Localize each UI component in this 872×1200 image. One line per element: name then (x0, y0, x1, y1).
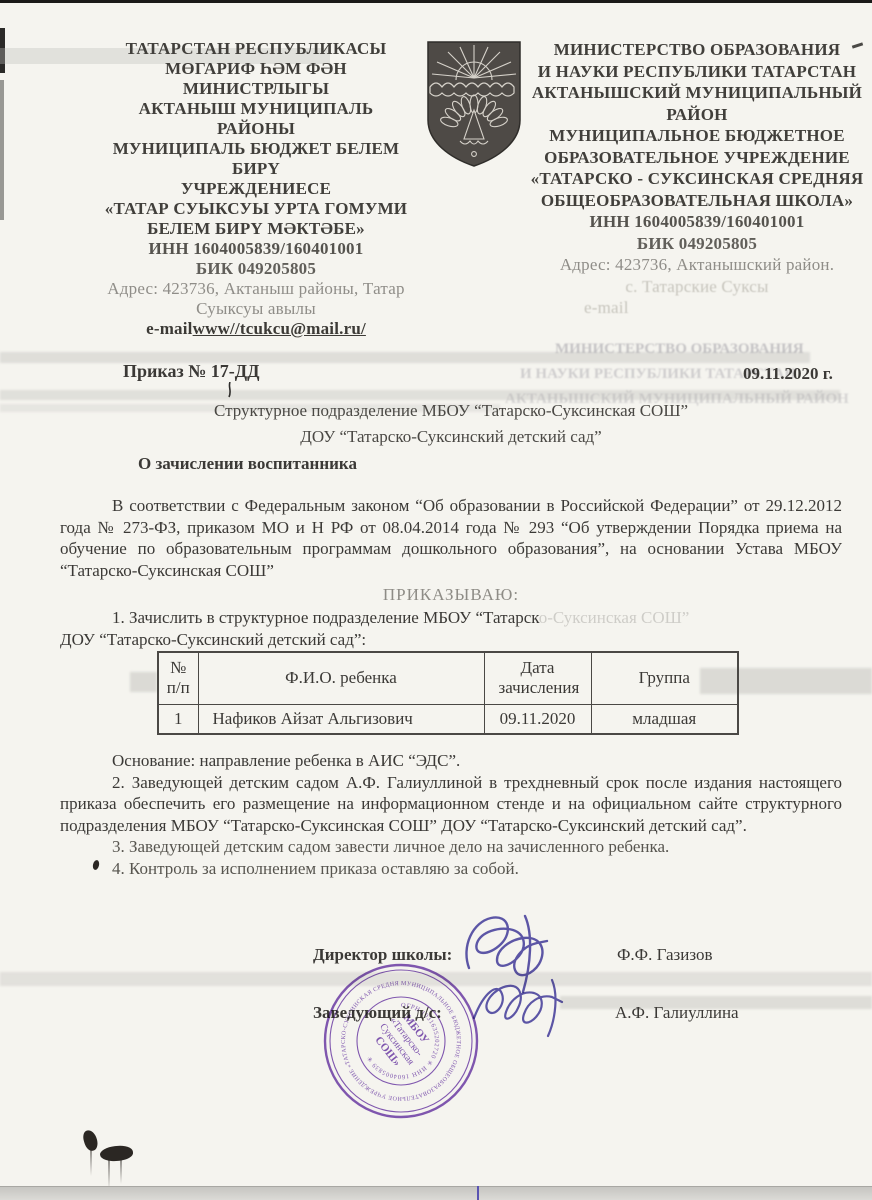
header-right-inn: ИНН 1604005839/160401001 (524, 211, 870, 233)
header-left-line: «ТАТАР СУЫКСУЫ УРТА ГОМУМИ (70, 199, 442, 219)
item-2-paragraph: 2. Заведующей детским садом А.Ф. Галиулл… (60, 772, 842, 837)
scan-bottom-blue-tick (477, 1186, 479, 1200)
header-left-line: УЧРЕЖДЕНИЕСЕ (70, 179, 442, 199)
header-left-inn: ИНН 1604005839/160401001 (70, 239, 442, 259)
head-signature (468, 970, 588, 1045)
basis-paragraph: Основание: направление ребенка в АИС “ЭД… (60, 750, 842, 772)
item-1-line-1: 1. Зачислить в структурное подразделение… (60, 607, 860, 629)
resolve-word: ПРИКАЗЫВАЮ: (60, 585, 842, 605)
col-header-group: Группа (591, 652, 738, 704)
scan-left-mark (0, 28, 5, 73)
item-1-line-2: ДОУ “Татарско-Суксинский детский сад”: (60, 629, 842, 651)
ink-drip-mark (226, 382, 234, 398)
ink-drip (90, 1150, 92, 1176)
header-right-address-3: e-mail (524, 297, 870, 319)
col-header-child-name: Ф.И.О. ребенка (198, 652, 484, 704)
header-right-line: АКТАНЫШСКИЙ МУНИЦИПАЛЬНЫЙ (524, 82, 870, 104)
cell-child-name: Нафиков Айзат Альгизович (198, 704, 484, 734)
cell-number: 1 (158, 704, 198, 734)
ink-drip (120, 1160, 122, 1184)
after-table-block: Основание: направление ребенка в АИС “ЭД… (60, 750, 842, 880)
header-left-line: МӨГАРИФ ҺӘМ ФӘН (70, 59, 442, 79)
aktanysh-coat-of-arms-icon (424, 38, 524, 170)
order-number: Приказ № 17-ДД (123, 361, 260, 382)
header-left-line: МУНИЦИПАЛЬ БЮДЖЕТ БЕЛЕМ (70, 139, 442, 159)
head-name: А.Ф. Галиуллина (615, 1003, 739, 1023)
ink-drip (108, 1160, 110, 1190)
header-left-address-1: Адрес: 423736, Актаныш районы, Татар (70, 279, 442, 299)
header-left-line: БИРҮ (70, 159, 442, 179)
subtitle-line-1: Структурное подразделение МБОУ “Татарско… (60, 401, 842, 421)
scan-bottom-edge (0, 1186, 872, 1200)
item-4-paragraph: 4. Контроль за исполнением приказа остав… (60, 858, 842, 880)
scan-top-edge (0, 0, 872, 3)
header-left-line: ТАТАРСТАН РЕСПУБЛИКАСЫ (70, 39, 442, 59)
header-left-line: АКТАНЫШ МУНИЦИПАЛЬ (70, 99, 442, 119)
header-left-line: РАЙОНЫ (70, 119, 442, 139)
header-left-address-2: Суыксуы авылы (70, 299, 442, 319)
ink-blot-small (81, 1129, 99, 1153)
table-row: 1 Нафиков Айзат Альгизович 09.11.2020 мл… (158, 704, 738, 734)
header-right-line: МУНИЦИПАЛЬНОЕ БЮДЖЕТНОЕ (524, 125, 870, 147)
header-right-block: МИНИСТЕРСТВО ОБРАЗОВАНИЯ И НАУКИ РЕСПУБЛ… (524, 39, 870, 319)
col-header-number: № п/п (158, 652, 198, 704)
header-left-line: МИНИСТРЛЫГЫ (70, 79, 442, 99)
email-prefix: e-mail (146, 319, 193, 338)
header-right-line: «ТАТАРСКО - СУКСИНСКАЯ СРЕДНЯЯ (524, 168, 870, 190)
header-left-block: ТАТАРСТАН РЕСПУБЛИКАСЫ МӨГАРИФ ҺӘМ ФӘН М… (70, 39, 442, 339)
item-1-faded-tail: о-Суксинская СОШ” (539, 608, 690, 627)
scanned-order-document: ТАТАРСТАН РЕСПУБЛИКАСЫ МӨГАРИФ ҺӘМ ФӘН М… (0, 0, 872, 1200)
header-right-line: ОБЩЕОБРАЗОВАТЕЛЬНАЯ ШКОЛА» (524, 190, 870, 212)
email-link: www//tcukcu@mail.ru/ (193, 319, 366, 338)
cell-group: младшая (591, 704, 738, 734)
header-right-line: МИНИСТЕРСТВО ОБРАЗОВАНИЯ (524, 39, 870, 61)
header-left-email-line: e-mailwww//tcukcu@mail.ru/ (70, 319, 442, 339)
order-heading: О зачислении воспитанника (138, 454, 357, 474)
director-name: Ф.Ф. Газизов (617, 945, 713, 965)
official-round-stamp: МУНИЦИПАЛЬНОЕ БЮДЖЕТНОЕ ОБЩЕОБРАЗОВАТЕЛЬ… (318, 958, 484, 1124)
item-1-start: 1. Зачислить в структурное подразделение… (112, 608, 539, 627)
scan-left-smudge (0, 80, 4, 220)
header-left-line: БЕЛЕМ БИРҮ МӘКТӘБЕ» (70, 219, 442, 239)
intro-paragraph: В соответствии с Федеральным законом “Об… (60, 495, 842, 581)
header-right-line: И НАУКИ РЕСПУБЛИКИ ТАТАРСТАН (524, 61, 870, 83)
header-right-address-2: с. Татарские Суксы (524, 276, 870, 298)
header-right-bik: БИК 049205805 (524, 233, 870, 255)
order-date: 09.11.2020 г. (743, 364, 833, 384)
header-left-bik: БИК 049205805 (70, 259, 442, 279)
header-right-line: РАЙОН (524, 104, 870, 126)
table-header-row: № п/п Ф.И.О. ребенка Дата зачисления Гру… (158, 652, 738, 704)
item-3-paragraph: 3. Заведующей детским садом завести личн… (60, 836, 842, 858)
header-right-line: ОБРАЗОВАТЕЛЬНОЕ УЧРЕЖДЕНИЕ (524, 147, 870, 169)
scan-band-table-left (130, 672, 157, 692)
col-header-enroll-date: Дата зачисления (484, 652, 591, 704)
ghost-text-1: МИНИСТЕРСТВО ОБРАЗОВАНИЯ (555, 341, 804, 358)
cell-enroll-date: 09.11.2020 (484, 704, 591, 734)
enrollment-table: № п/п Ф.И.О. ребенка Дата зачисления Гру… (157, 651, 739, 735)
ink-blot-large (99, 1144, 133, 1162)
header-right-address-1: Адрес: 423736, Актанышский район. (524, 254, 870, 276)
subtitle-line-2: ДОУ “Татарско-Суксинский детский сад” (60, 427, 842, 447)
